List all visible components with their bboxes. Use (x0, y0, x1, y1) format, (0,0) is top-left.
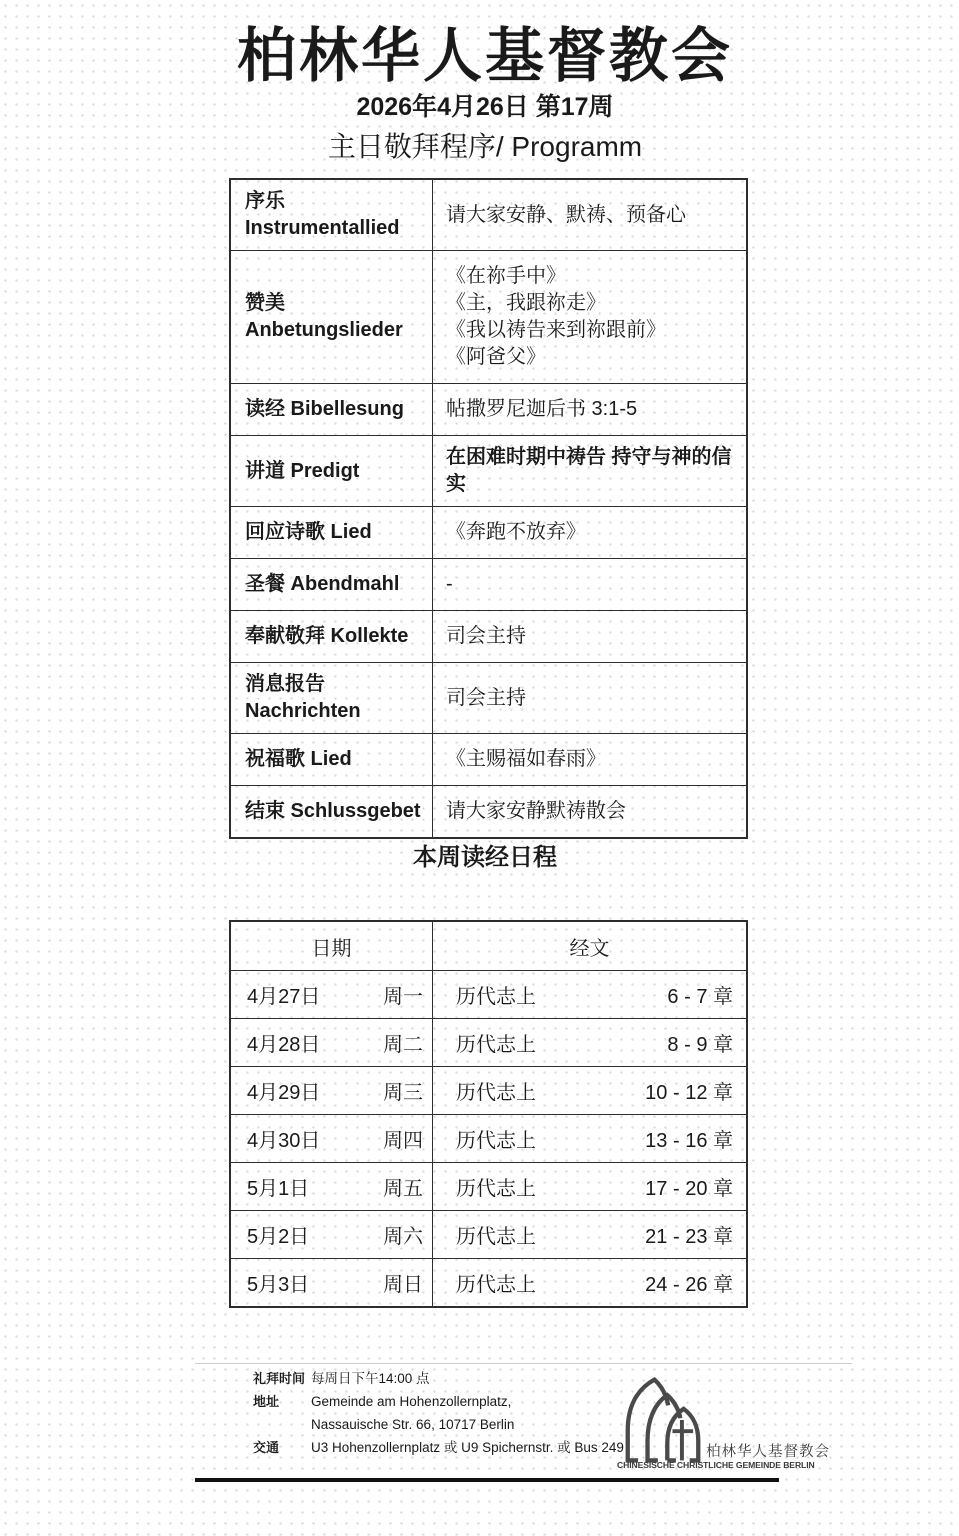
schedule-scripture-cell: 历代志上13 - 16 章 (433, 1115, 746, 1162)
program-item-label: 序乐 Instrumentallied (231, 180, 433, 250)
schedule-weekday: 周四 (383, 1124, 423, 1153)
footer-info: 礼拜时间每周日下午14:00 点地址Gemeinde am Hohenzolle… (253, 1367, 624, 1459)
schedule-book: 历代志上 (456, 1028, 536, 1057)
schedule-book: 历代志上 (456, 1172, 536, 1201)
reading-schedule-table: 日期经文4月27日周一历代志上6 - 7 章4月28日周二历代志上8 - 9 章… (229, 920, 748, 1308)
footer-info-value: U3 Hohenzollernplatz 或 U9 Spichernstr. 或… (311, 1436, 624, 1459)
footer-info-label: 地址 (253, 1390, 311, 1436)
schedule-row: 4月28日周二历代志上8 - 9 章 (231, 1018, 746, 1066)
footer-top-divider (195, 1363, 852, 1364)
program-row: 结束 Schlussgebet请大家安静默祷散会 (231, 785, 746, 837)
schedule-book: 历代志上 (456, 1268, 536, 1297)
schedule-date: 5月3日 (247, 1268, 309, 1297)
program-item-value: - (433, 559, 746, 610)
program-item-label: 回应诗歌 Lied (231, 507, 433, 558)
program-row: 读经 Bibellesung帖撒罗尼迦后书 3:1-5 (231, 383, 746, 435)
logo-name-german: CHINESISCHE CHRISTLICHE GEMEINDE BERLIN (617, 1460, 815, 1470)
program-row: 讲道 Predigt在困难时期中祷告 持守与神的信实 (231, 435, 746, 506)
program-item-value: 在困难时期中祷告 持守与神的信实 (433, 436, 746, 506)
program-item-label: 祝福歌 Lied (231, 734, 433, 785)
program-subtitle: 主日敬拜程序/ Programm (225, 129, 745, 165)
schedule-date-cell: 5月2日周六 (231, 1211, 433, 1258)
schedule-date-cell: 4月30日周四 (231, 1115, 433, 1162)
schedule-scripture-cell: 历代志上21 - 23 章 (433, 1211, 746, 1258)
schedule-row: 5月1日周五历代志上17 - 20 章 (231, 1162, 746, 1210)
footer-info-label: 交通 (253, 1436, 311, 1459)
schedule-header-scripture: 经文 (433, 922, 746, 970)
schedule-date-cell: 4月29日周三 (231, 1067, 433, 1114)
schedule-scripture-cell: 历代志上24 - 26 章 (433, 1259, 746, 1306)
schedule-row: 5月3日周日历代志上24 - 26 章 (231, 1258, 746, 1306)
schedule-row: 4月30日周四历代志上13 - 16 章 (231, 1114, 746, 1162)
schedule-weekday: 周日 (383, 1268, 423, 1297)
program-row: 消息报告 Nachrichten司会主持 (231, 662, 746, 733)
schedule-date-cell: 5月1日周五 (231, 1163, 433, 1210)
schedule-chapters: 6 - 7 章 (667, 980, 733, 1009)
schedule-date: 5月2日 (247, 1220, 309, 1249)
schedule-weekday: 周三 (383, 1076, 423, 1105)
schedule-header-row: 日期经文 (231, 922, 746, 970)
program-item-value: 请大家安静默祷散会 (433, 786, 746, 837)
schedule-date-cell: 5月3日周日 (231, 1259, 433, 1306)
footer-info-value: 每周日下午14:00 点 (311, 1367, 624, 1390)
footer-info-label: 礼拜时间 (253, 1367, 311, 1390)
schedule-scripture-cell: 历代志上8 - 9 章 (433, 1019, 746, 1066)
program-item-label: 消息报告 Nachrichten (231, 663, 433, 733)
schedule-date-cell: 4月28日周二 (231, 1019, 433, 1066)
program-item-label: 讲道 Predigt (231, 436, 433, 506)
schedule-weekday: 周五 (383, 1172, 423, 1201)
program-row: 奉献敬拜 Kollekte司会主持 (231, 610, 746, 662)
footer-info-value: Gemeinde am Hohenzollernplatz,Nassauisch… (311, 1390, 624, 1436)
schedule-book: 历代志上 (456, 1076, 536, 1105)
schedule-weekday: 周六 (383, 1220, 423, 1249)
schedule-date-cell: 4月27日周一 (231, 971, 433, 1018)
program-row: 序乐 Instrumentallied请大家安静、默祷、预备心 (231, 180, 746, 250)
program-item-value: 请大家安静、默祷、预备心 (433, 180, 746, 250)
schedule-scripture-cell: 历代志上10 - 12 章 (433, 1067, 746, 1114)
schedule-book: 历代志上 (456, 980, 536, 1009)
program-row: 赞美Anbetungslieder《在祢手中》《主，我跟祢走》《我以祷告来到祢跟… (231, 250, 746, 383)
schedule-weekday: 周一 (383, 980, 423, 1009)
program-item-value: 《奔跑不放弃》 (433, 507, 746, 558)
schedule-chapters: 10 - 12 章 (645, 1076, 733, 1105)
schedule-header-date: 日期 (231, 922, 433, 970)
schedule-weekday: 周二 (383, 1028, 423, 1057)
logo-name-chinese: 柏林华人基督教会 (706, 1440, 830, 1461)
program-row: 回应诗歌 Lied《奔跑不放弃》 (231, 506, 746, 558)
schedule-chapters: 13 - 16 章 (645, 1124, 733, 1153)
schedule-chapters: 17 - 20 章 (645, 1172, 733, 1201)
reading-schedule-title: 本周读经日程 (225, 843, 745, 873)
program-row: 祝福歌 Lied《主赐福如春雨》 (231, 733, 746, 785)
program-item-value: 《在祢手中》《主，我跟祢走》《我以祷告来到祢跟前》《阿爸父》 (433, 251, 746, 383)
schedule-date: 4月30日 (247, 1124, 320, 1153)
program-item-label: 圣餐 Abendmahl (231, 559, 433, 610)
schedule-date: 5月1日 (247, 1172, 309, 1201)
program-item-value: 《主赐福如春雨》 (433, 734, 746, 785)
schedule-book: 历代志上 (456, 1124, 536, 1153)
program-item-value: 帖撒罗尼迦后书 3:1-5 (433, 384, 746, 435)
program-table: 序乐 Instrumentallied请大家安静、默祷、预备心赞美Anbetun… (229, 178, 748, 839)
schedule-chapters: 21 - 23 章 (645, 1220, 733, 1249)
program-item-label: 结束 Schlussgebet (231, 786, 433, 837)
program-item-value: 司会主持 (433, 663, 746, 733)
schedule-chapters: 24 - 26 章 (645, 1268, 733, 1297)
program-item-label: 读经 Bibellesung (231, 384, 433, 435)
schedule-row: 5月2日周六历代志上21 - 23 章 (231, 1210, 746, 1258)
program-row: 圣餐 Abendmahl- (231, 558, 746, 610)
church-logo: 柏林华人基督教会 CHINESISCHE CHRISTLICHE GEMEIND… (620, 1377, 795, 1477)
schedule-book: 历代志上 (456, 1220, 536, 1249)
schedule-date: 4月27日 (247, 980, 320, 1009)
program-item-label: 赞美Anbetungslieder (231, 251, 433, 383)
program-item-value: 司会主持 (433, 611, 746, 662)
bulletin-page: 柏林华人基督教会 2026年4月26日 第17周 主日敬拜程序/ Program… (0, 0, 959, 1536)
schedule-chapters: 8 - 9 章 (667, 1028, 733, 1057)
schedule-date: 4月29日 (247, 1076, 320, 1105)
page-title: 柏林华人基督教会 (225, 22, 745, 90)
church-arches-icon (620, 1377, 706, 1463)
program-item-label: 奉献敬拜 Kollekte (231, 611, 433, 662)
date-line: 2026年4月26日 第17周 (225, 92, 745, 122)
schedule-row: 4月29日周三历代志上10 - 12 章 (231, 1066, 746, 1114)
schedule-scripture-cell: 历代志上17 - 20 章 (433, 1163, 746, 1210)
footer-bottom-bar (195, 1478, 779, 1482)
schedule-row: 4月27日周一历代志上6 - 7 章 (231, 970, 746, 1018)
schedule-date: 4月28日 (247, 1028, 320, 1057)
schedule-scripture-cell: 历代志上6 - 7 章 (433, 971, 746, 1018)
